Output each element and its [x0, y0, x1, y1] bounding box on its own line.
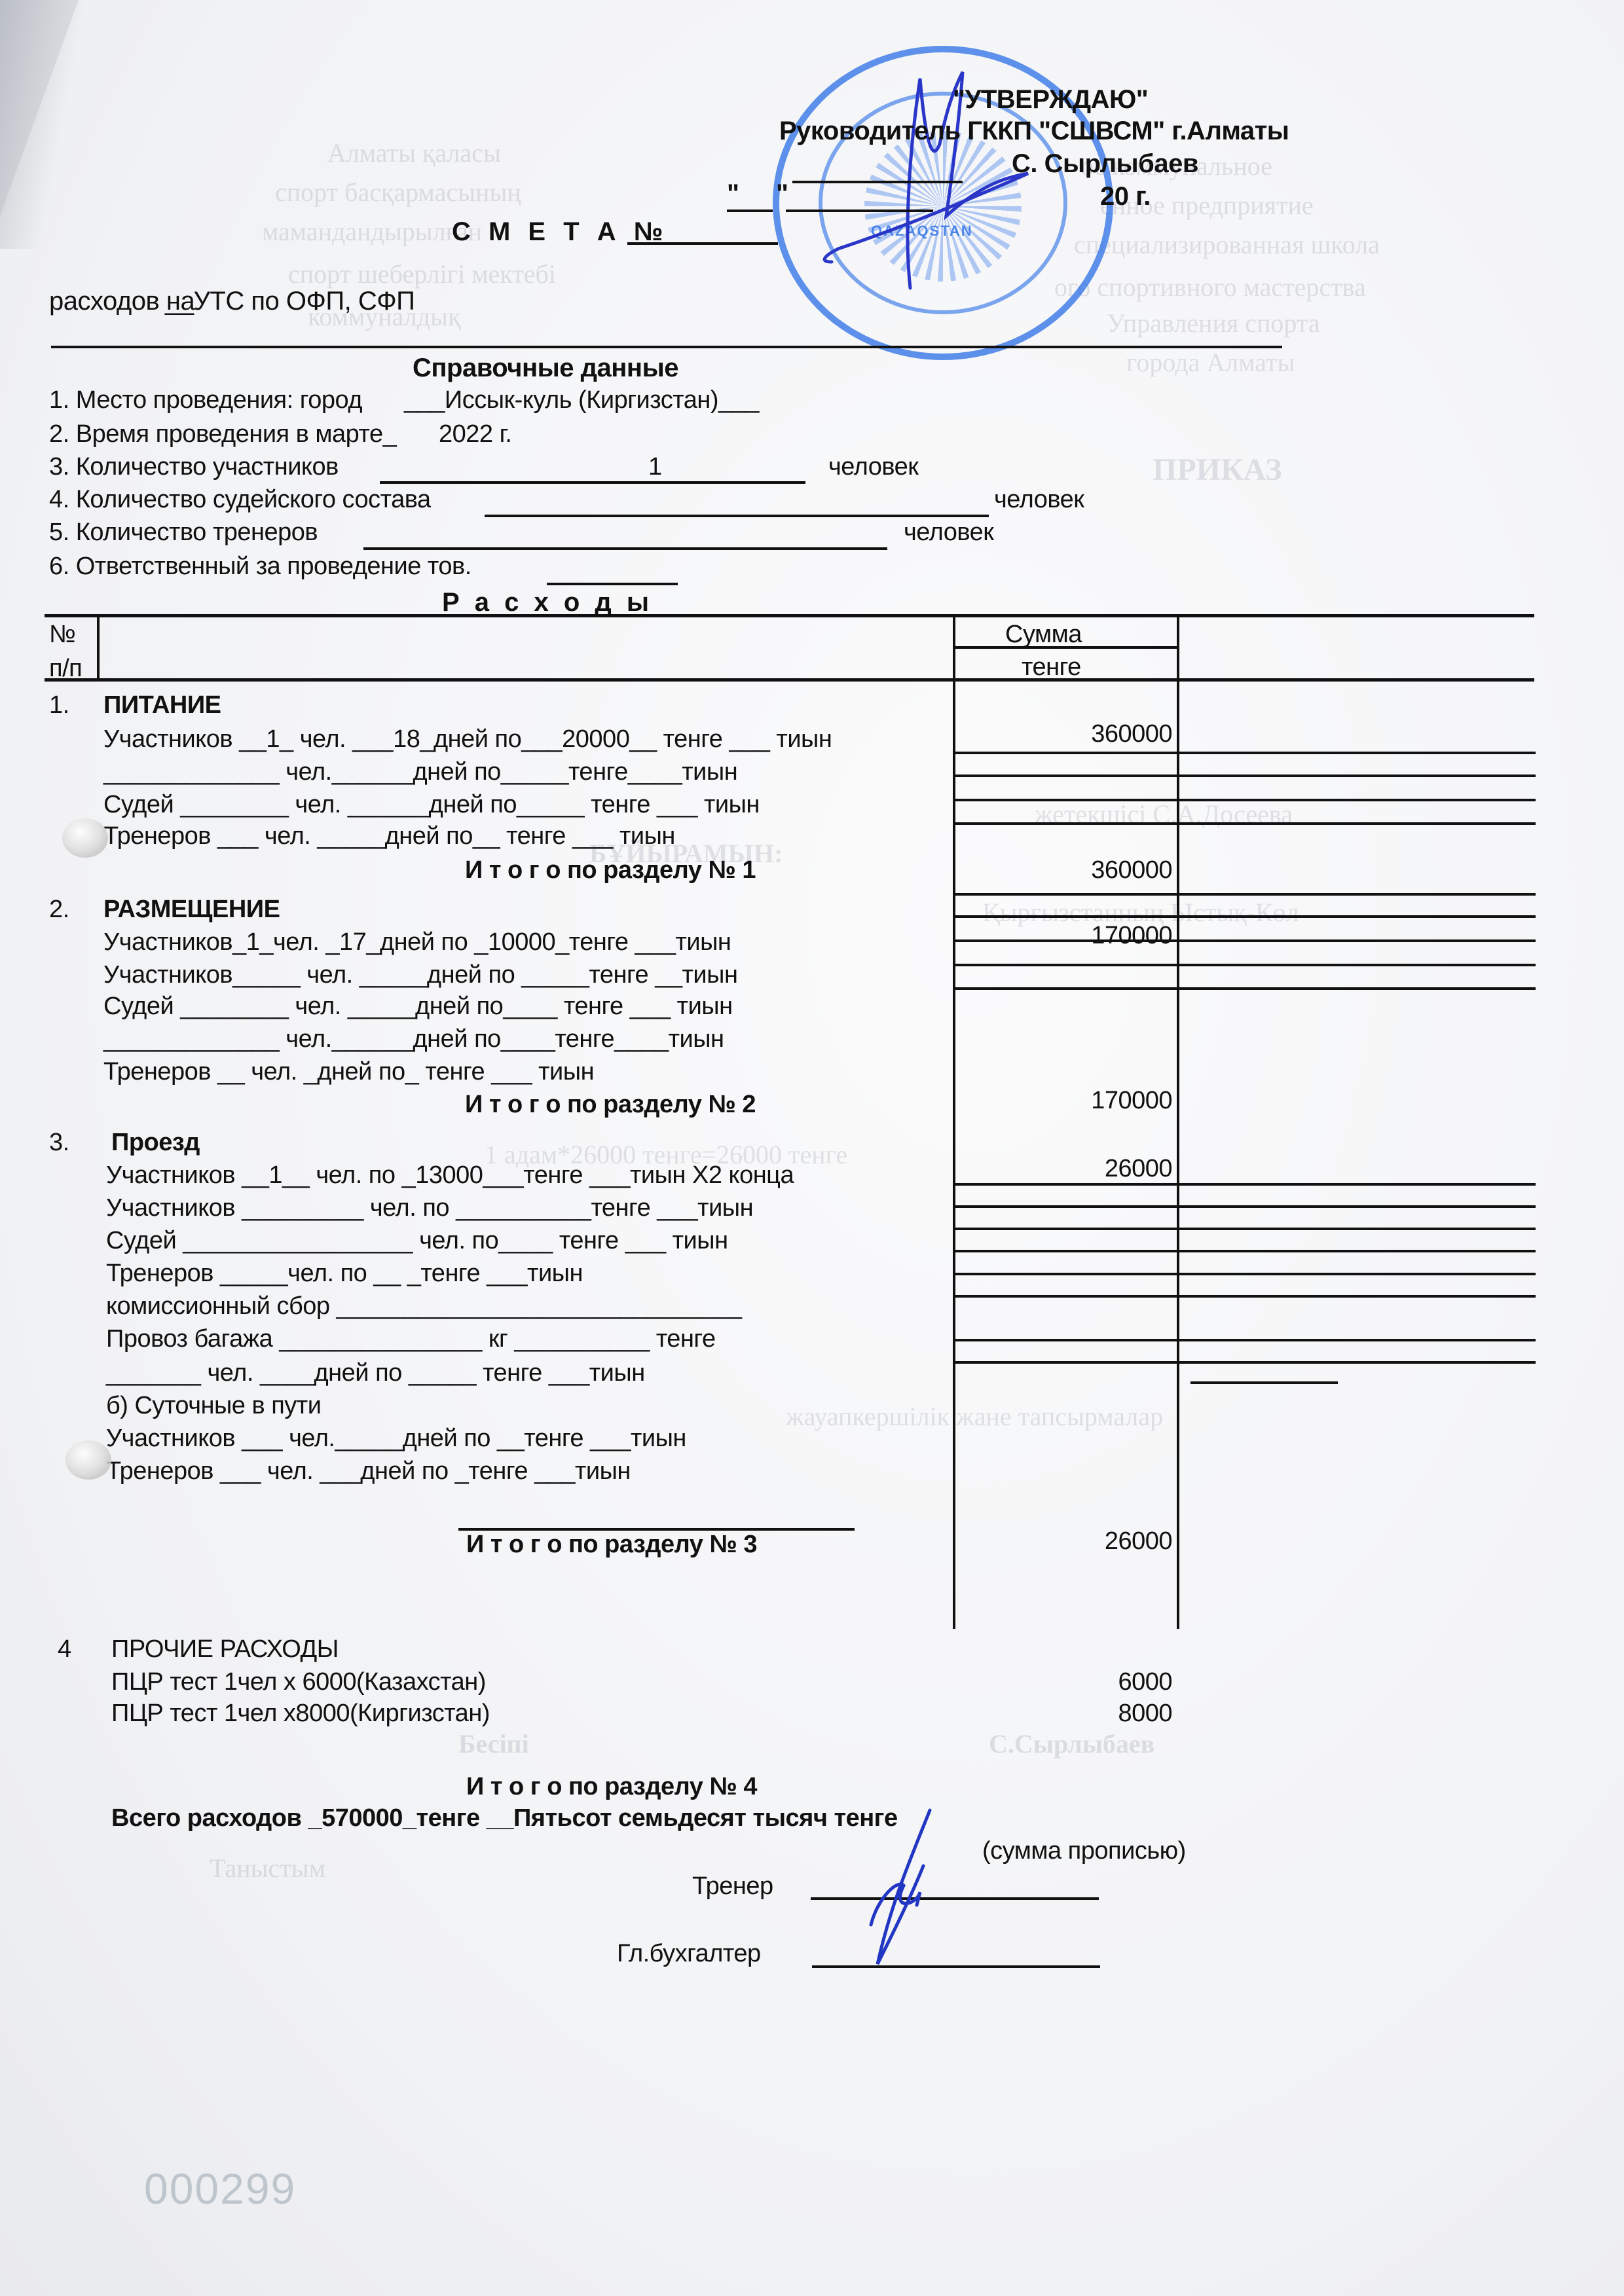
table-row: Судей _________________ чел. по____ тенг… — [106, 1228, 728, 1253]
ref-responsible-line — [547, 583, 678, 585]
approval-name: С. Сырлыбаев — [1012, 151, 1198, 177]
expenses-heading: Р а с х о д ы — [442, 589, 653, 615]
purpose-underline — [51, 346, 1282, 348]
section-2-title: РАЗМЕЩЕНИЕ — [103, 897, 280, 922]
coach-signature — [851, 1807, 969, 1977]
row-line — [1190, 1381, 1338, 1384]
ref-coaches-unit: человек — [904, 520, 993, 545]
row-line — [953, 1205, 1536, 1208]
sum-col-right-border — [1177, 614, 1179, 1629]
section-3-total: 26000 — [956, 1529, 1172, 1554]
col-header-currency: тенге — [1022, 655, 1081, 680]
ref-venue-value: ___Иссык-куль (Киргизстан)___ — [404, 388, 759, 412]
ref-judges-unit: человек — [994, 487, 1084, 512]
row-line — [953, 987, 1536, 990]
table-row: _______ чел. ____дней по _____ тенге ___… — [106, 1360, 645, 1385]
approval-day-line — [727, 210, 773, 212]
ref-participants-value: 1 — [648, 454, 662, 479]
ref-time-label: 2. Время проведения в марте_ — [49, 422, 396, 446]
bleed-text: спорт басқармасының — [275, 177, 521, 208]
table-row: Участников __1_ чел. ___18_дней по___200… — [103, 727, 832, 752]
col-header-num2: п/п — [49, 656, 82, 681]
chief-accountant-label: Гл.бухгалтер — [617, 1941, 761, 1966]
table-header-bottom-border — [45, 678, 1534, 682]
table-row: Судей ________ чел. _____дней по____ тен… — [103, 994, 733, 1019]
row-line — [953, 774, 1536, 777]
row-line — [953, 1273, 1536, 1275]
table-row: ПЦР тест 1чел х8000(Киргизстан) — [111, 1701, 490, 1726]
col-header-sum: Сумма — [1005, 622, 1082, 647]
bleed-text: мамандандырылған — [262, 216, 482, 247]
serial-number: 000299 — [144, 2167, 296, 2210]
estimate-number-line — [627, 242, 778, 245]
row-line — [953, 1250, 1536, 1252]
row-line — [953, 822, 1536, 825]
ref-participants-label: 3. Количество участников — [49, 454, 339, 479]
section-4-total-label: И т о г о по разделу № 4 — [466, 1774, 757, 1799]
table-row: ПЦР тест 1чел х 6000(Казахстан) — [111, 1669, 486, 1694]
table-row: Тренеров _____чел. по __ _тенге ___тиын — [106, 1261, 583, 1286]
approval-year: 20 г. — [1100, 183, 1151, 210]
table-row: Тренеров __ чел. _дней по_ тенге ___ тиы… — [103, 1059, 594, 1084]
ref-time-value: 2022 г. — [439, 422, 511, 446]
bleed-text: ПРИКАЗ — [1153, 452, 1282, 488]
row-line — [953, 1361, 1536, 1364]
corner-shadow — [0, 0, 98, 249]
estimate-title: С М Е Т А № — [452, 219, 668, 245]
section-2-num: 2. — [49, 897, 69, 922]
sum-col-left-border — [953, 614, 955, 1629]
coach-signature-label: Тренер — [692, 1874, 773, 1899]
row-line — [953, 1339, 1536, 1341]
table-row: Провоз багажа _______________ кг _______… — [106, 1326, 716, 1351]
bleed-text: специализированная школа — [1074, 229, 1380, 260]
approval-position: Руководитель ГККП "СШВСМ" г.Алматы — [779, 118, 1289, 144]
section-3-total-label: И т о г о по разделу № 3 — [466, 1532, 757, 1557]
ref-coaches-label: 5. Количество тренеров — [49, 520, 318, 545]
document-page: Алматы қаласы спорт басқармасының маманд… — [0, 0, 1624, 2296]
table-row: Участников_1_чел. _17_дней по _10000_тен… — [103, 930, 731, 955]
row-line — [953, 752, 1536, 754]
bleed-text: города Алматы — [1126, 347, 1295, 378]
ref-judges-label: 4. Количество судейского состава — [49, 487, 431, 512]
table-row: б) Суточные в пути — [106, 1393, 321, 1418]
approval-title: "УТВЕРЖДАЮ" — [953, 86, 1148, 113]
approval-date-quote-open: " — [727, 181, 739, 207]
col-header-num: № — [49, 622, 75, 647]
amount-in-words-note: (сумма прописью) — [982, 1838, 1186, 1863]
row-line — [953, 1183, 1536, 1186]
reference-heading: Справочные данные — [413, 355, 678, 381]
row-line — [953, 799, 1536, 801]
table-row: комиссионный сбор ______________________… — [106, 1294, 742, 1319]
ref-coaches-line — [363, 547, 887, 550]
table-row: Участников _________ чел. по __________т… — [106, 1195, 753, 1220]
ref-participants-line — [380, 481, 805, 484]
ref-venue-label: 1. Место проведения: город — [49, 388, 362, 412]
bleed-text: ого спортивного мастерства — [1054, 272, 1366, 302]
bleed-text: С.Сырлыбаев — [989, 1728, 1154, 1759]
section-3-title: Проезд — [111, 1130, 200, 1155]
row-line — [953, 915, 1536, 918]
approval-month-line — [786, 210, 933, 212]
bleed-text: жауапкершілік жане тапсырмалар — [786, 1401, 1163, 1432]
section-3-num: 3. — [49, 1130, 69, 1155]
bleed-text: Таныстым — [210, 1853, 325, 1884]
section-1-total: 360000 — [956, 858, 1172, 883]
table-row: Судей ________ чел. ______дней по_____ т… — [103, 792, 760, 817]
ref-judges-line — [485, 515, 989, 517]
approval-signature-line — [792, 181, 963, 183]
row-amount: 360000 — [956, 721, 1172, 746]
approval-date-quote-close: " — [776, 181, 788, 207]
table-row: Участников_____ чел. _____дней по _____т… — [103, 962, 737, 987]
table-row: _____________ чел.______дней по_____тенг… — [103, 759, 737, 784]
row-amount: 6000 — [956, 1669, 1172, 1694]
punch-hole — [62, 818, 108, 858]
table-row: Тренеров ___ чел. ___дней по _тенге ___т… — [106, 1459, 631, 1484]
section-4-num: 4 — [58, 1637, 71, 1662]
row-amount: 170000 — [956, 923, 1172, 948]
section-1-title: ПИТАНИЕ — [103, 693, 221, 718]
table-row: Участников ___ чел._____дней по __тенге … — [106, 1426, 686, 1451]
table-top-border — [45, 614, 1534, 617]
section-1-num: 1. — [49, 693, 69, 718]
table-row: Тренеров ___ чел. _____дней по__ тенге _… — [103, 824, 675, 848]
table-row: Участников __1__ чел. по _13000___тенге … — [106, 1163, 794, 1188]
section-2-total-label: И т о г о по разделу № 2 — [465, 1092, 756, 1117]
num-col-divider — [97, 614, 100, 680]
row-line — [953, 1295, 1536, 1298]
grand-total: Всего расходов _570000_тенге __Пятьсот с… — [111, 1806, 898, 1831]
ref-responsible-label: 6. Ответственный за проведение тов. — [49, 554, 471, 579]
row-line — [953, 964, 1536, 966]
row-line — [953, 893, 1536, 896]
bleed-text: Управления спорта — [1107, 308, 1320, 338]
row-amount: 8000 — [956, 1701, 1172, 1726]
chief-accountant-signature-line — [812, 1965, 1100, 1968]
bleed-text: спорт шеберлігі мектебі — [288, 259, 556, 289]
section-1-total-label: И т о г о по разделу № 1 — [465, 858, 756, 883]
ref-participants-unit: человек — [828, 454, 918, 479]
row-line — [953, 1228, 1536, 1230]
bleed-text: Алматы қаласы — [327, 137, 501, 168]
punch-hole — [65, 1440, 111, 1480]
purpose-value: __УТС по ОФП, СФП — [165, 288, 415, 314]
table-row: _____________ чел.______дней по____тенге… — [103, 1027, 724, 1051]
section-2-total: 170000 — [956, 1088, 1172, 1113]
bleed-text: Бесіпі — [458, 1728, 529, 1759]
row-amount: 26000 — [956, 1156, 1172, 1181]
section-4-title: ПРОЧИЕ РАСХОДЫ — [111, 1637, 339, 1662]
